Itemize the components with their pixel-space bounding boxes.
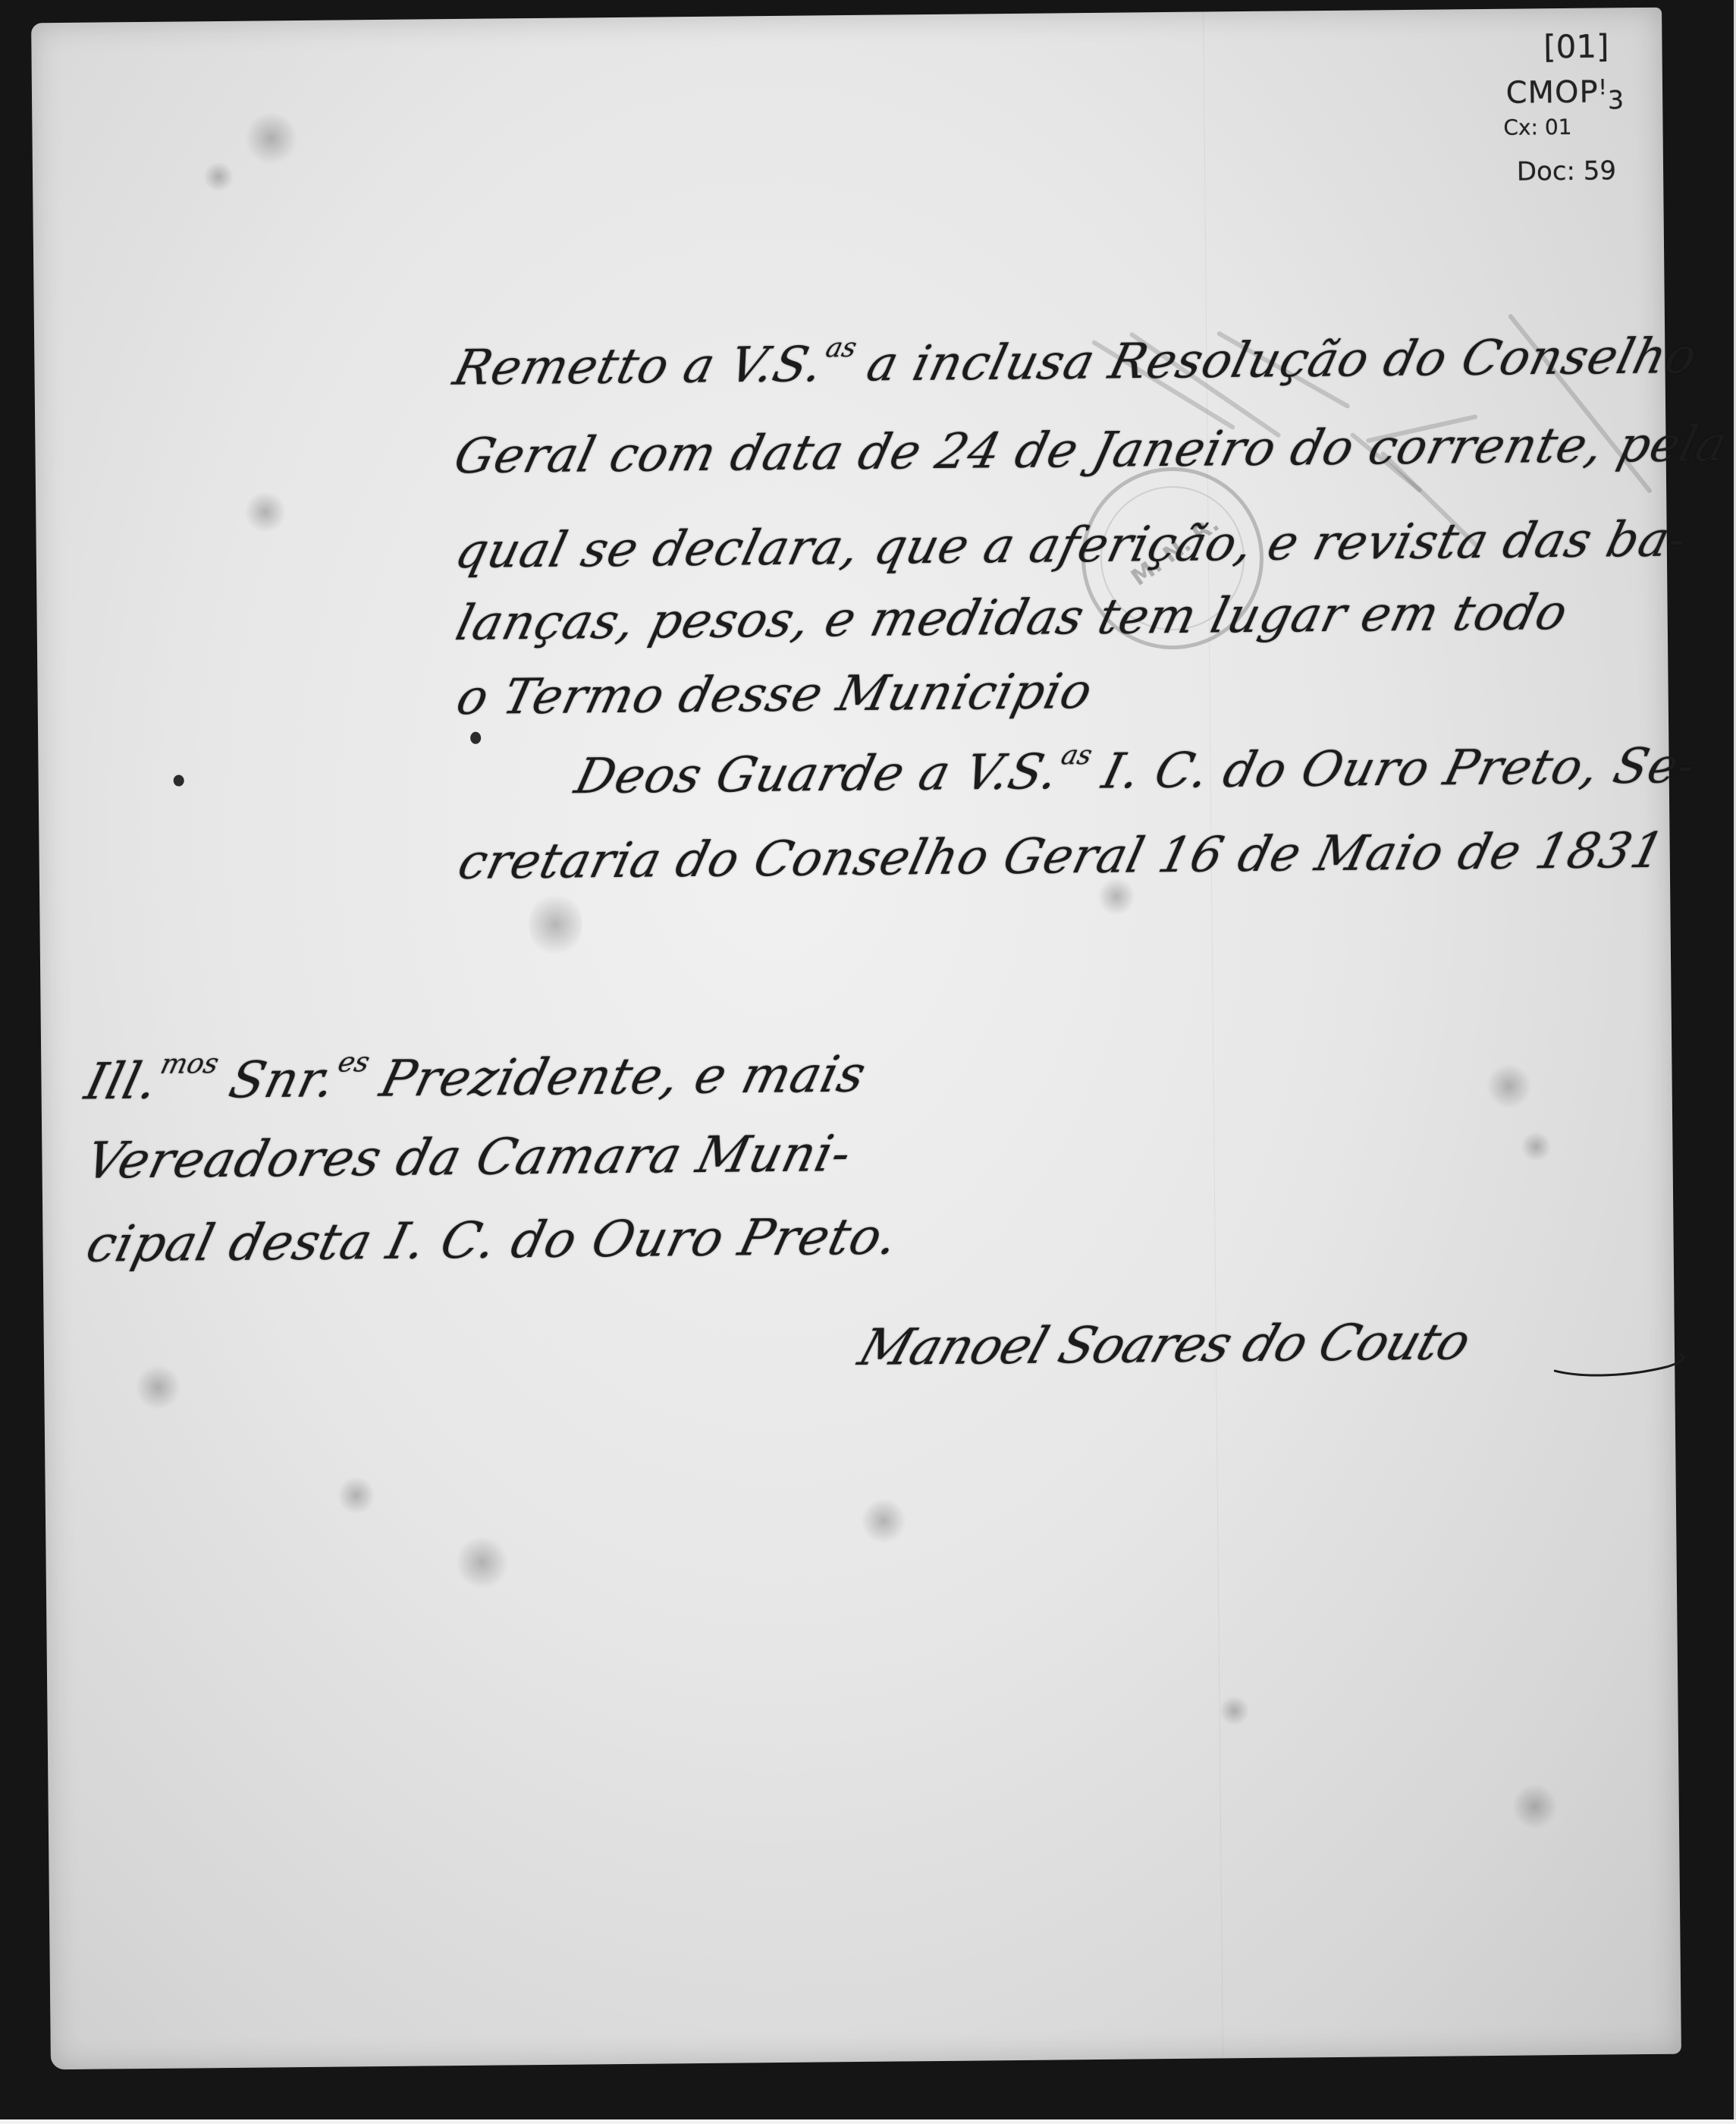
addressee-line-1: Ill.mos Snr.es Prezidente, e mais xyxy=(80,1041,873,1111)
foxing-spot xyxy=(244,112,298,165)
scanned-page: [01] CMOP!3 Cx: 01 Doc: 59 M. N. R. Reme… xyxy=(0,0,1736,2124)
body-line-2: Geral com data de 24 de Janeiro do corre… xyxy=(449,416,1733,485)
archive-document-number: Doc: 59 xyxy=(1517,156,1617,187)
ink-dot xyxy=(174,775,184,786)
signature-flourish xyxy=(1553,1349,1690,1381)
paper-sheet: [01] CMOP!3 Cx: 01 Doc: 59 M. N. R. Reme… xyxy=(31,8,1681,2070)
foxing-spot xyxy=(861,1497,907,1544)
foxing-spot xyxy=(1521,1131,1551,1161)
signature: Manoel Soares do Couto xyxy=(852,1312,1477,1377)
addressee-line-3: cipal desta I. C. do Ouro Preto. xyxy=(81,1207,904,1273)
foxing-spot xyxy=(135,1365,181,1411)
foxing-spot xyxy=(337,1476,375,1514)
body-line-3: qual se declara, que a aferição, e revis… xyxy=(450,511,1693,580)
foxing-spot xyxy=(455,1535,509,1589)
foxing-spot xyxy=(1219,1695,1249,1726)
body-line-6-closing: Deos Guarde a V.S.as I. C. do Ouro Preto… xyxy=(570,734,1703,805)
foxing-spot xyxy=(244,491,287,533)
foxing-spot xyxy=(1512,1783,1558,1830)
body-line-5: o Termo desse Municipio xyxy=(451,664,1098,726)
addressee-line-2: Vereadores da Camara Muni- xyxy=(80,1124,858,1190)
foxing-spot xyxy=(1486,1063,1532,1109)
archive-fund-code: CMOP!3 xyxy=(1505,74,1625,115)
foxing-spot xyxy=(529,890,582,959)
archive-caixa: Cx: 01 xyxy=(1503,115,1571,140)
body-line-1: Remetto a V.S.as a inclusa Resolução do … xyxy=(448,324,1704,397)
archive-box-number: [01] xyxy=(1543,27,1609,65)
fold-line xyxy=(1203,12,1223,2059)
ink-dot xyxy=(470,732,481,744)
scan-edge xyxy=(0,2119,1736,2124)
foxing-spot xyxy=(203,162,234,192)
body-line-4: lanças, pesos, e medidas tem lugar em to… xyxy=(450,585,1573,652)
body-line-7-date: cretaria do Conselho Geral 16 de Maio de… xyxy=(453,823,1670,891)
